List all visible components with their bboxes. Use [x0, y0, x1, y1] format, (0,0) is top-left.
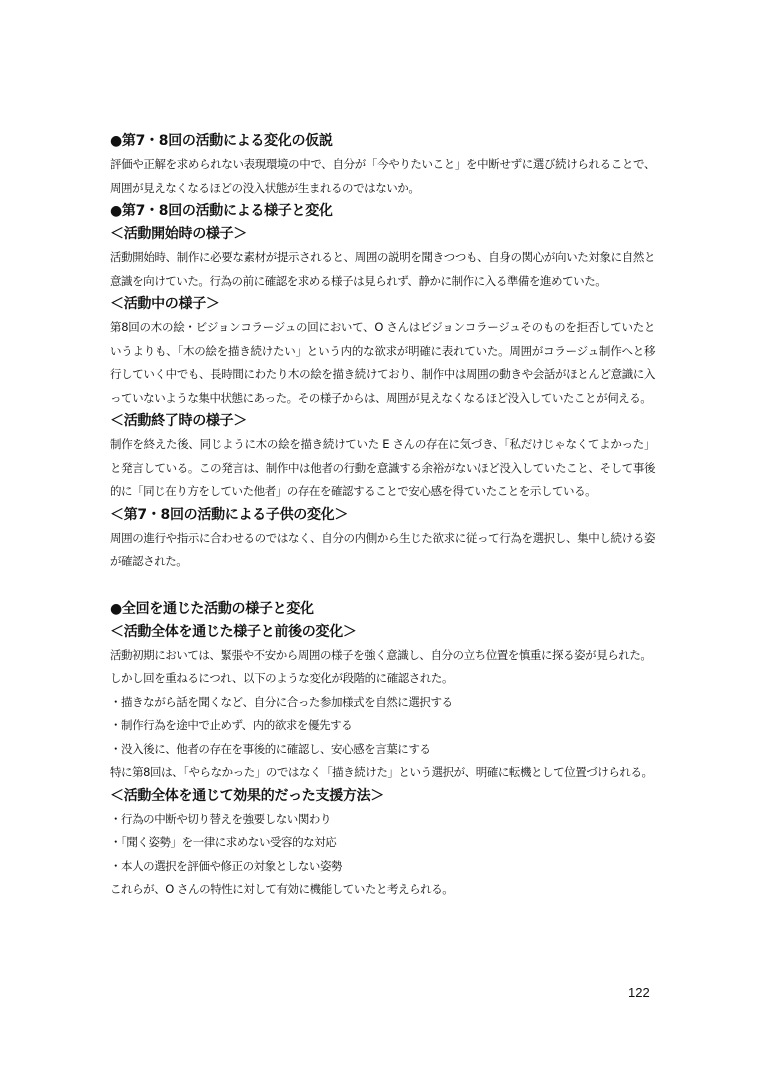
hypothesis-heading: ●第7・8回の活動による変化の仮説 [110, 130, 655, 153]
before-after-conclusion: 特に第8回は、「やらなかった」のではなく「描き続けた」という選択が、明確に転機と… [110, 761, 655, 785]
observation-heading: ●第7・8回の活動による様子と変化 [110, 200, 655, 223]
change-list-item: ・描きながら話を聞くなど、自分に合った参加様式を自然に選択する [110, 691, 655, 715]
end-subheading: ＜活動終了時の様子＞ [110, 410, 655, 433]
start-subheading: ＜活動開始時の様子＞ [110, 223, 655, 246]
before-after-subheading: ＜活動全体を通じた様子と前後の変化＞ [110, 621, 655, 644]
support-list-item: ・行為の中断や切り替えを強要しない関わり [110, 808, 655, 832]
child-change-body: 周囲の進行や指示に合わせるのではなく、自分の内側から生じた欲求に従って行為を選択… [110, 527, 655, 574]
before-after-intro: 活動初期においては、緊張や不安から周囲の様子を強く意識し、自分の立ち位置を慎重に… [110, 644, 655, 668]
before-after-lead: しかし回を重ねるにつれ、以下のような変化が段階的に確認された。 [110, 667, 655, 691]
child-change-subheading: ＜第7・8回の活動による子供の変化＞ [110, 504, 655, 527]
document-page: ●第7・8回の活動による変化の仮説 評価や正解を求められない表現環境の中で、自分… [110, 130, 655, 902]
end-body: 制作を終えた後、同じように木の絵を描き続けていた E さんの存在に気づき、「私だ… [110, 433, 655, 504]
during-subheading: ＜活動中の様子＞ [110, 293, 655, 316]
support-conclusion: これらが、O さんの特性に対して有効に機能していたと考えられる。 [110, 878, 655, 902]
change-list-item: ・没入後に、他者の存在を事後的に確認し、安心感を言葉にする [110, 738, 655, 762]
start-body: 活動開始時、制作に必要な素材が提示されると、周囲の説明を聞きつつも、自身の関心が… [110, 246, 655, 293]
change-list-item: ・制作行為を途中で止めず、内的欲求を優先する [110, 714, 655, 738]
section-spacer [110, 574, 655, 598]
support-list-item: ・「聞く姿勢」を一律に求めない受容的な対応 [110, 831, 655, 855]
support-list-item: ・本人の選択を評価や修正の対象としない姿勢 [110, 855, 655, 879]
during-body: 第8回の木の絵・ビジョンコラージュの回において、O さんはビジョンコラージュその… [110, 316, 655, 410]
support-subheading: ＜活動全体を通じて効果的だった支援方法＞ [110, 785, 655, 808]
hypothesis-body: 評価や正解を求められない表現環境の中で、自分が「今やりたいこと」を中断せずに選び… [110, 153, 655, 200]
overall-heading: ●全回を通じた活動の様子と変化 [110, 598, 655, 621]
page-number: 122 [628, 983, 650, 1003]
